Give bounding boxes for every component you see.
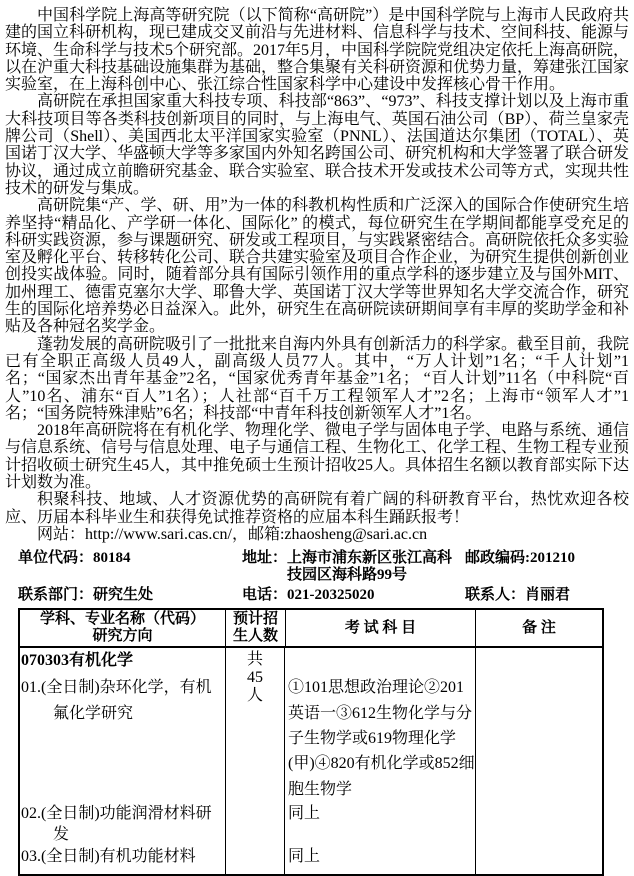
quota-line-1: 共 bbox=[226, 651, 284, 669]
research-direction-2: 02.(全日制)功能润滑材料研发 bbox=[20, 802, 225, 846]
header-exam-column: 考 试 科 目 bbox=[285, 610, 475, 646]
email-address: zhaosheng@sari.ac.cn bbox=[284, 526, 427, 543]
unit-code-value: 80184 bbox=[93, 550, 131, 566]
address-value: 上海市浦东新区张江高科技园区海科路99号 bbox=[287, 550, 455, 584]
phone-value: 021-20325020 bbox=[287, 587, 375, 603]
contact-person-value: 肖丽君 bbox=[525, 587, 570, 603]
program-code-name: 070303有机化学 bbox=[20, 648, 225, 675]
header-remarks-column: 备 注 bbox=[475, 610, 602, 646]
contact-department: 联系部门：研究生处 bbox=[18, 587, 242, 604]
website-label: 网站： bbox=[37, 526, 85, 543]
postal-code: 邮政编码:201210 bbox=[465, 550, 628, 567]
department-label: 联系部门： bbox=[18, 587, 93, 603]
email-separator: ，邮箱: bbox=[232, 526, 284, 543]
exam-subjects-1: ①101思想政治理论②201英语一③612生物化学与分子生物学或619物理化学(… bbox=[285, 675, 475, 802]
research-direction-3: 03.(全日制)有机功能材料 bbox=[20, 846, 225, 874]
contact-person-label: 联系人： bbox=[465, 587, 525, 603]
quota-line-3: 人 bbox=[226, 687, 284, 705]
postal-code-value: 201210 bbox=[530, 550, 575, 566]
phone-number: 电话：021-20325020 bbox=[242, 587, 465, 604]
intro-paragraph-3: 高研院集“产、学、研、用”为一体的科教机构性质和广泛深入的国际合作使研究生培养坚… bbox=[5, 197, 629, 335]
phone-label: 电话： bbox=[242, 587, 287, 603]
header-quota-column: 预计招 生人数 bbox=[225, 610, 285, 646]
postal-code-label: 邮政编码: bbox=[465, 550, 530, 566]
admissions-table: 学科、专业名称（代码） 研究方向 预计招 生人数 考 试 科 目 备 注 070… bbox=[18, 608, 604, 876]
research-direction-1: 01.(全日制)杂环化学，有机氟化学研究 bbox=[20, 675, 225, 802]
unit-code: 单位代码：80184 bbox=[18, 550, 242, 567]
admissions-table-body: 070303有机化学 01.(全日制)杂环化学，有机氟化学研究 02.(全日制)… bbox=[20, 648, 602, 874]
quota-line-2: 45 bbox=[226, 669, 284, 687]
admissions-table-header: 学科、专业名称（代码） 研究方向 预计招 生人数 考 试 科 目 备 注 bbox=[20, 610, 602, 648]
intro-paragraph-5: 2018年高研院将在有机化学、物理化学、微电子学与固体电子学、电路与系统、通信与… bbox=[5, 422, 629, 491]
website-email-line: 网站：http://www.sari.cas.cn/，邮箱:zhaosheng@… bbox=[5, 526, 629, 543]
exam-subjects-2: 同上 bbox=[285, 802, 475, 846]
header-major-column: 学科、专业名称（代码） 研究方向 bbox=[20, 610, 225, 646]
contact-info-block: 单位代码：80184 地址：上海市浦东新区张江高科技园区海科路99号 邮政编码:… bbox=[0, 550, 634, 604]
contact-person: 联系人：肖丽君 bbox=[465, 587, 628, 604]
intro-paragraph-6: 积聚科技、地域、人才资源优势的高研院有着广阔的科研教育平台，热忱欢迎各校应、历届… bbox=[5, 491, 629, 526]
department-value: 研究生处 bbox=[93, 587, 153, 603]
website-url: http://www.sari.cas.cn/ bbox=[85, 526, 232, 543]
intro-text-block: 中国科学院上海高等研究院（以下简称“高研院”）是中国科学院与上海市人民政府共建的… bbox=[0, 0, 634, 543]
exam-cell-spacer bbox=[285, 648, 475, 675]
remarks-cell bbox=[475, 648, 602, 874]
intro-paragraph-4: 蓬勃发展的高研院吸引了一批批来自海内外具有创新活力的科学家。截至目前，我院已有全… bbox=[5, 336, 629, 422]
unit-code-label: 单位代码： bbox=[18, 550, 93, 566]
address-label: 地址： bbox=[242, 550, 287, 567]
enrollment-quota: 共 45 人 bbox=[225, 648, 285, 874]
address: 地址：上海市浦东新区张江高科技园区海科路99号 bbox=[242, 550, 465, 584]
admissions-document: 中国科学院上海高等研究院（以下简称“高研院”）是中国科学院与上海市人民政府共建的… bbox=[0, 0, 634, 876]
intro-paragraph-2: 高研院在承担国家重大科技专项、科技部“863”、“973”、科技支撑计划以及上海… bbox=[5, 93, 629, 197]
intro-paragraph-1: 中国科学院上海高等研究院（以下简称“高研院”）是中国科学院与上海市人民政府共建的… bbox=[5, 7, 629, 93]
exam-subjects-3: 同上 bbox=[285, 846, 475, 874]
